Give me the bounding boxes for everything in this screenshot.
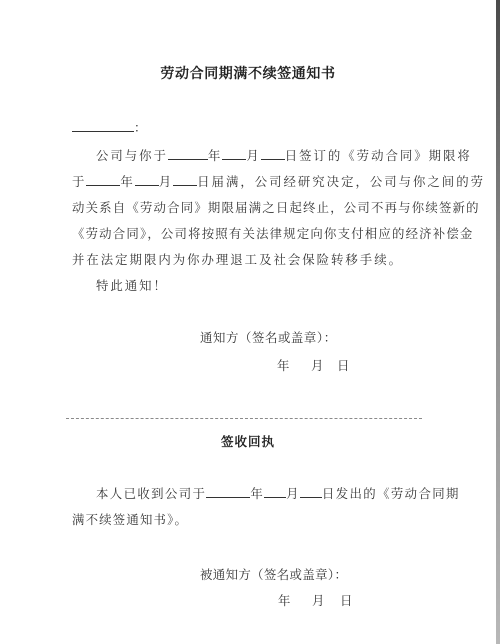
year-label: 年 [208,148,222,163]
paragraph-line-2: 于年月日届满，公司经研究决定，公司与你之间的劳 [72,172,485,190]
closing-text: 特此通知！ [96,276,168,294]
notifier-date-day: 日 [337,356,349,374]
recipient-date-year: 年 [278,591,290,609]
notifier-signature-label: 通知方（签名或盖章）： [200,328,337,346]
recipient-signature-label: 被通知方（签名或盖章）： [200,565,347,583]
receipt-line1-prefix: 本人已收到公司于 [96,486,206,501]
notifier-date-month: 月 [311,356,323,374]
expire-year-blank[interactable] [86,173,120,186]
line2-suffix: 日届满，公司经研究决定，公司与你之间的劳 [197,174,485,189]
salutation-line: ： [72,118,148,136]
recipient-name-blank[interactable] [72,119,134,132]
receipt-year-blank[interactable] [206,485,250,498]
month-label: 月 [286,486,300,501]
receipt-line-2: 满不续签通知书》。 [72,510,188,528]
paragraph-line-1: 公司与你于年月日签订的《劳动合同》期限将 [96,146,472,164]
month-label: 月 [246,148,260,163]
receipt-line1-suffix: 日发出的《劳动合同期 [322,486,460,501]
year-label: 年 [120,174,134,189]
line1-suffix: 日签订的《劳动合同》期限将 [285,148,472,163]
year-label: 年 [250,486,264,501]
page-edge-shadow [496,0,500,644]
line1-prefix: 公司与你于 [96,148,168,163]
receipt-line-1: 本人已收到公司于年月日发出的《劳动合同期 [96,484,460,502]
recipient-date-day: 日 [340,591,352,609]
document-title: 劳动合同期满不续签通知书 [0,63,496,83]
sign-year-blank[interactable] [168,147,208,160]
receipt-title: 签收回执 [0,432,496,450]
paragraph-line-4: 《劳动合同》，公司将按照有关法律规定向你支付相应的经济补偿金 [72,224,474,242]
paragraph-line-3: 动关系自《劳动合同》期限届满之日起终止，公司不再与你续签新的 [72,198,480,216]
line2-prefix: 于 [72,174,86,189]
receipt-day-blank[interactable] [300,485,322,498]
expire-day-blank[interactable] [173,173,197,186]
receipt-month-blank[interactable] [264,485,286,498]
cut-line-separator [66,418,422,419]
recipient-date-month: 月 [312,591,324,609]
paragraph-line-5: 并在法定期限内为你办理退工及社会保险转移手续。 [72,250,403,268]
month-label: 月 [159,174,173,189]
sign-day-blank[interactable] [261,147,285,160]
expire-month-blank[interactable] [135,173,159,186]
salutation-colon: ： [134,120,148,135]
sign-month-blank[interactable] [222,147,246,160]
notifier-date-year: 年 [277,356,289,374]
